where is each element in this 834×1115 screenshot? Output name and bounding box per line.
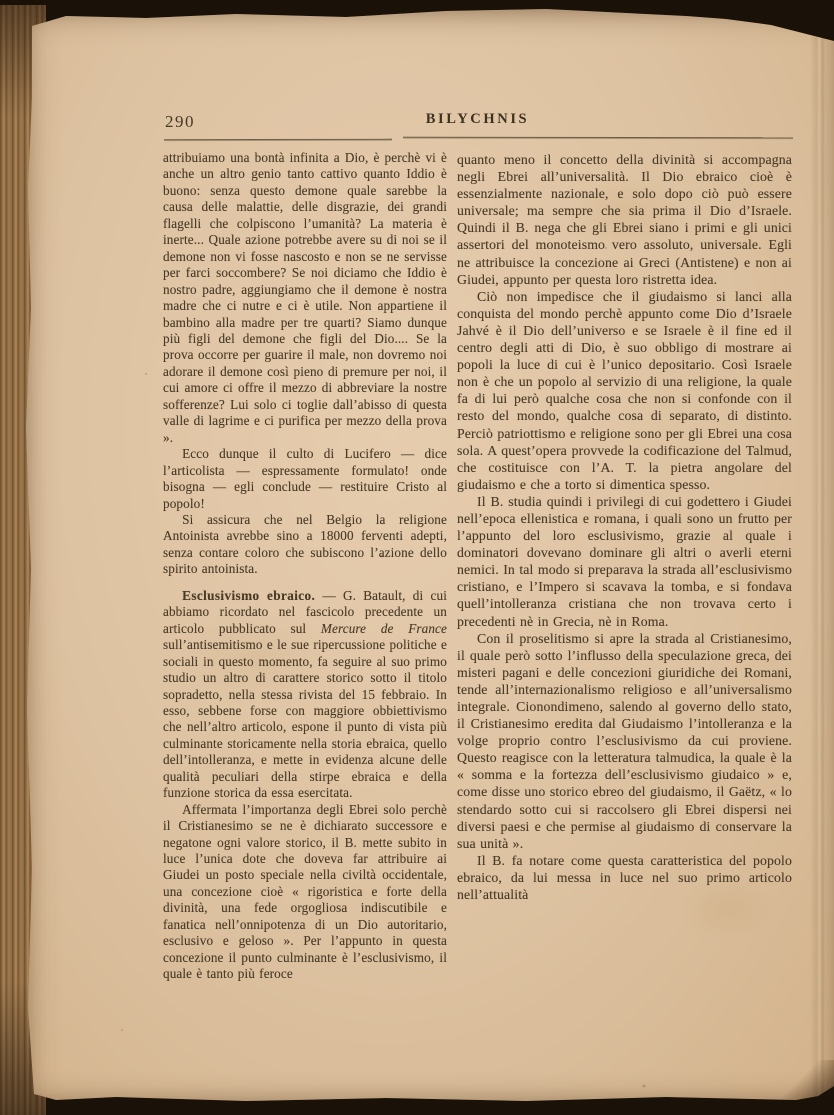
paragraph: quanto meno il concetto della divinità s… bbox=[457, 151, 792, 288]
body-text-run: Ecco dunque il culto di Lucifero — dice … bbox=[163, 446, 447, 510]
right-column: quanto meno il concetto della divinità s… bbox=[457, 151, 792, 903]
book-page: 290 BILYCHNIS attribuiamo una bontà infi… bbox=[26, 8, 834, 1102]
body-text-run: Si assicura che nel Belgio la religione … bbox=[163, 512, 447, 576]
bottom-right-fold bbox=[756, 1060, 834, 1102]
italic-run: Mercure de France bbox=[321, 621, 447, 636]
left-column: attribuiamo una bontà infinita a Dio, è … bbox=[163, 150, 447, 983]
body-text-run: attribuiamo una bontà infinita a Dio, è … bbox=[163, 150, 447, 445]
paragraph: Ecco dunque il culto di Lucifero — dice … bbox=[163, 446, 447, 512]
body-text-run: Il B. fa notare come questa caratteristi… bbox=[457, 853, 792, 902]
body-text-run: Affermata l’importanza degli Ebrei solo … bbox=[163, 802, 447, 982]
paragraph: Affermata l’importanza degli Ebrei solo … bbox=[163, 802, 447, 983]
page-crease bbox=[810, 8, 825, 1102]
body-text-run: quanto meno il concetto della divinità s… bbox=[457, 152, 792, 287]
paragraph: Con il proselitismo si apre la strada al… bbox=[457, 630, 792, 852]
paragraph: Si assicura che nel Belgio la religione … bbox=[163, 512, 447, 578]
header-rule-right bbox=[403, 137, 793, 140]
body-text-run: Con il proselitismo si apre la strada al… bbox=[457, 631, 792, 851]
paragraph: attribuiamo una bontà infinita a Dio, è … bbox=[163, 150, 447, 446]
journal-title: BILYCHNIS bbox=[163, 111, 792, 128]
page-header: 290 BILYCHNIS bbox=[163, 109, 792, 145]
paragraph: Ciò non impedisce che il giudaismo si la… bbox=[457, 288, 792, 493]
bold-run: Esclusivismo ebraico. bbox=[182, 588, 315, 603]
paragraph: Esclusivismo ebraico. — G. Batault, di c… bbox=[163, 588, 447, 802]
paragraph: Il B. fa notare come questa caratteristi… bbox=[457, 852, 792, 903]
body-text-run: sull’antisemitismo e le sue ripercussion… bbox=[163, 637, 447, 800]
paragraph: Il B. studia quindi i privilegi di cui g… bbox=[457, 493, 792, 630]
body-text-run: Il B. studia quindi i privilegi di cui g… bbox=[457, 494, 792, 629]
body-text-run: Ciò non impedisce che il giudaismo si la… bbox=[457, 289, 792, 492]
header-rule-left bbox=[164, 139, 392, 141]
